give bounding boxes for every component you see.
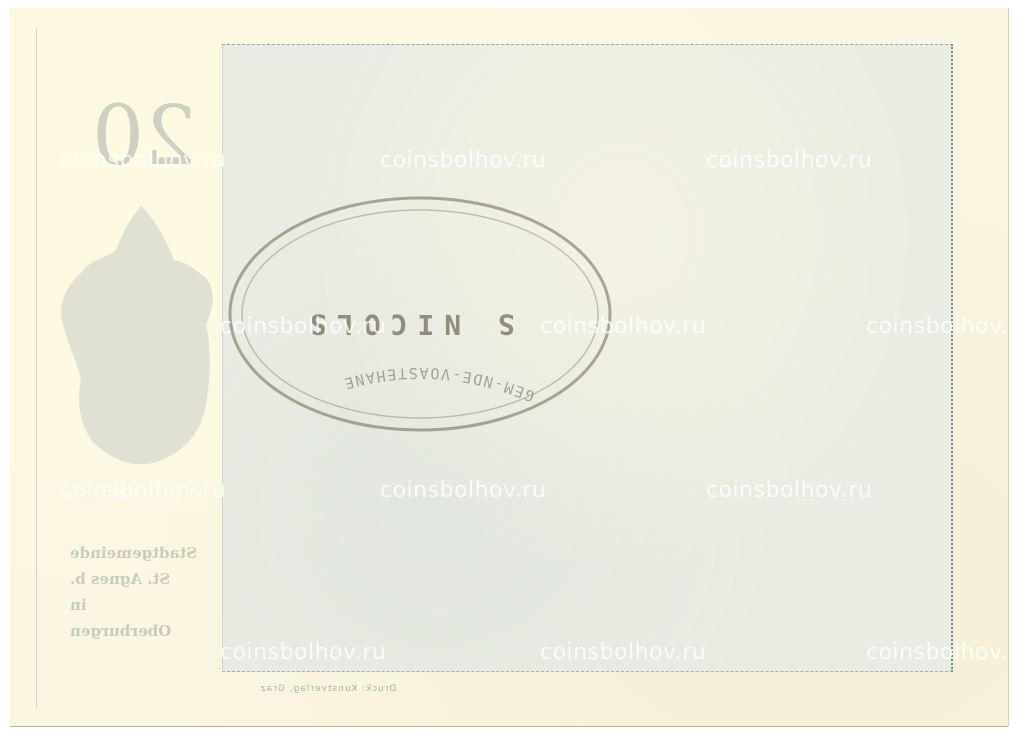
issuer-text-block: Stadtgemeinde St. Agnes b. in Oberburgen xyxy=(70,540,220,644)
issuer-line: in xyxy=(70,592,220,618)
printer-line: Druck: Kunstverlag, Graz xyxy=(260,684,396,694)
denomination-numeral: 20 xyxy=(92,96,196,178)
issuer-line: Oberburgen xyxy=(70,618,220,644)
issuer-line: Stadtgemeinde xyxy=(70,540,220,566)
left-border-rule xyxy=(36,28,37,708)
stamp-center-text: S NICOLS xyxy=(300,308,515,341)
issuer-line: St. Agnes b. xyxy=(70,566,220,592)
stamp-arc-text: GEM-NDE-VOASTEHANE xyxy=(340,364,537,406)
coat-of-arms-silhouette xyxy=(56,200,226,470)
svg-text:GEM-NDE-VOASTEHANE: GEM-NDE-VOASTEHANE xyxy=(340,364,537,406)
